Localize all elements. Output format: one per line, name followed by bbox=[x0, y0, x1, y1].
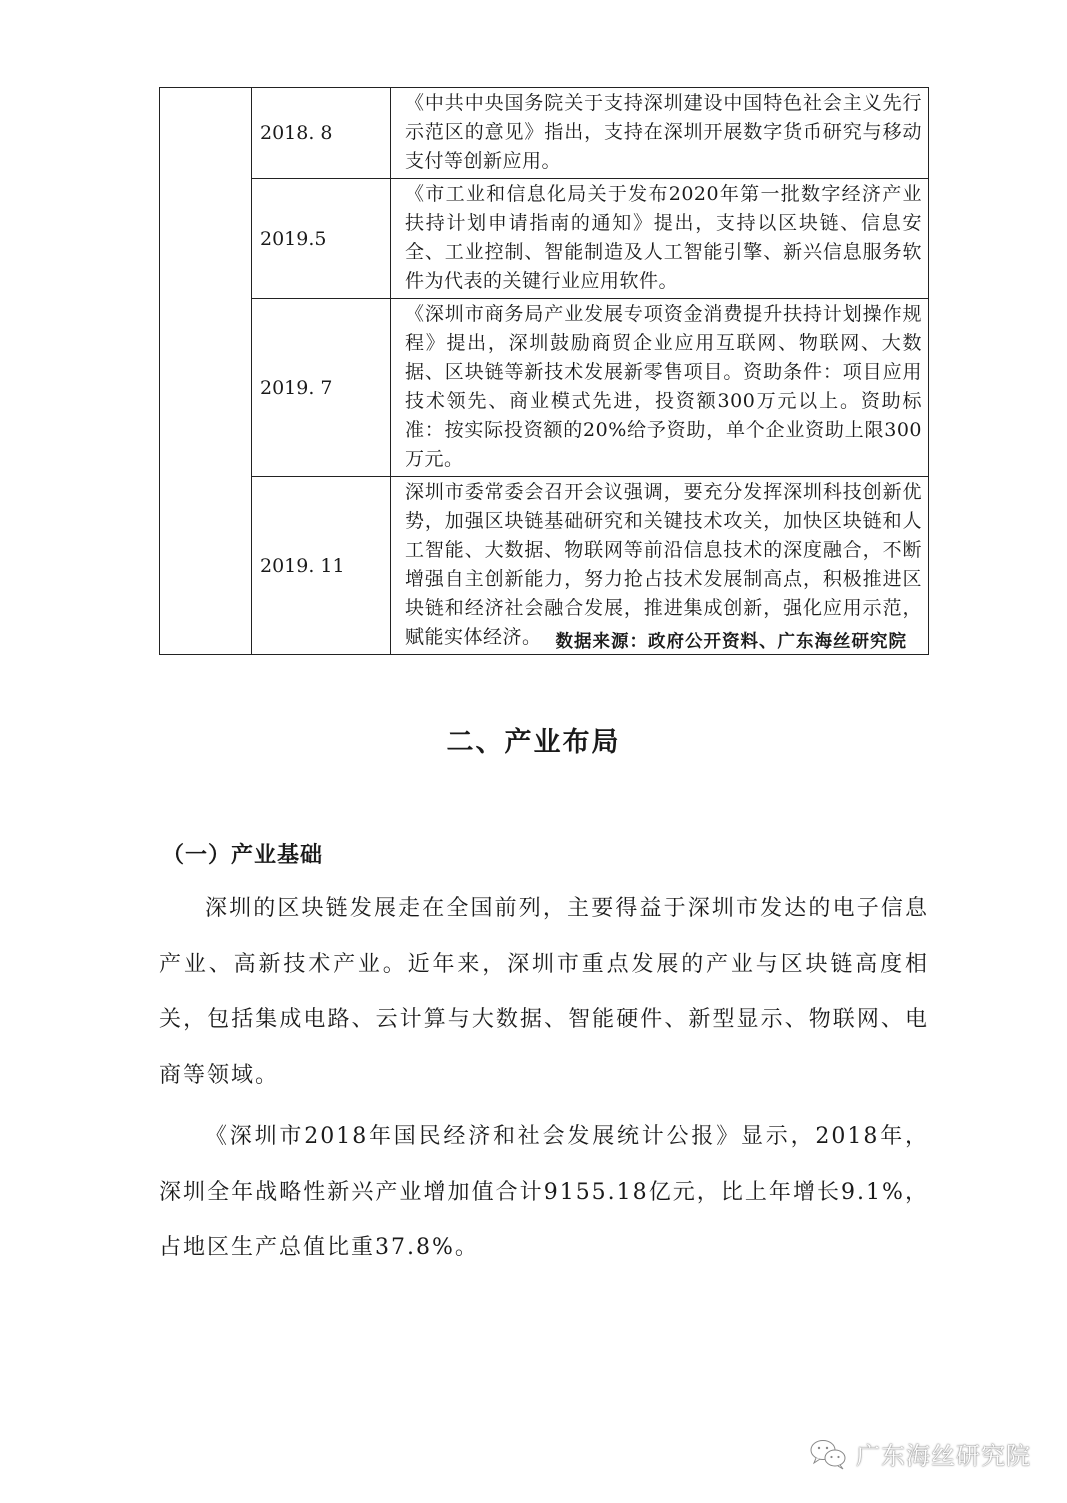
wechat-icon bbox=[808, 1438, 848, 1470]
section-title: 二、产业布局 bbox=[0, 720, 1067, 759]
table-row: 2019. 7 《深圳市商务局产业发展专项资金消费提升扶持计划操作规程》提出，深… bbox=[160, 299, 929, 477]
watermark-text: 广东海丝研究院 bbox=[856, 1436, 1031, 1471]
table-date-cell: 2018. 8 bbox=[252, 88, 391, 179]
table-date-cell: 2019.5 bbox=[252, 179, 391, 299]
table-row: 2018. 8 《中共中央国务院关于支持深圳建设中国特色社会主义先行示范区的意见… bbox=[160, 88, 929, 179]
table-content-cell: 《中共中央国务院关于支持深圳建设中国特色社会主义先行示范区的意见》指出，支持在深… bbox=[391, 88, 929, 179]
policy-table: 2018. 8 《中共中央国务院关于支持深圳建设中国特色社会主义先行示范区的意见… bbox=[159, 87, 929, 655]
table-date-cell: 2019. 7 bbox=[252, 299, 391, 477]
table-content-cell: 《市工业和信息化局关于发布2020年第一批数字经济产业扶持计划申请指南的通知》提… bbox=[391, 179, 929, 299]
table-merged-cell bbox=[160, 88, 252, 655]
table-date-cell: 2019. 11 bbox=[252, 477, 391, 655]
subsection-title: （一）产业基础 bbox=[162, 838, 323, 869]
data-source-note: 数据来源：政府公开资料、广东海丝研究院 bbox=[556, 628, 908, 653]
table-row: 2019.5 《市工业和信息化局关于发布2020年第一批数字经济产业扶持计划申请… bbox=[160, 179, 929, 299]
body-paragraph: 深圳的区块链发展走在全国前列，主要得益于深圳市发达的电子信息产业、高新技术产业。… bbox=[159, 881, 929, 1103]
watermark: 广东海丝研究院 bbox=[808, 1436, 1031, 1471]
table-content-cell: 《深圳市商务局产业发展专项资金消费提升扶持计划操作规程》提出，深圳鼓励商贸企业应… bbox=[391, 299, 929, 477]
body-paragraph: 《深圳市2018年国民经济和社会发展统计公报》显示，2018年，深圳全年战略性新… bbox=[159, 1109, 929, 1276]
